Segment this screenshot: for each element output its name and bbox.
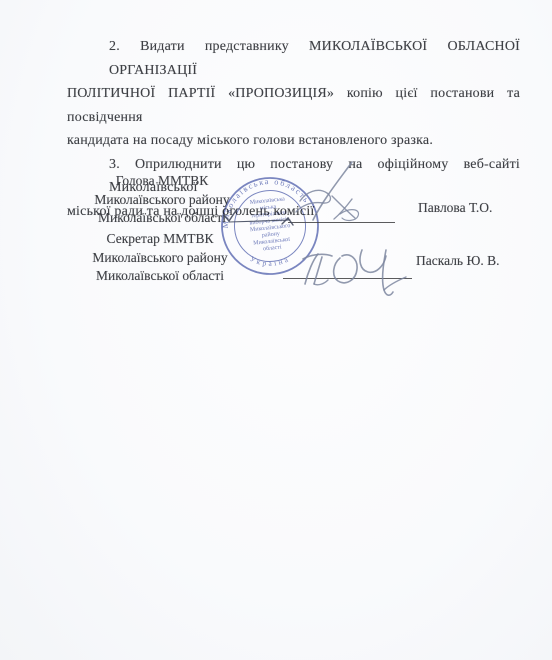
body-line: 2. Видати представнику МИКОЛАЇВСЬКОЇ ОБЛ…: [67, 35, 520, 82]
round-seal-stamp: Миколаївська область Україна Миколаївськ…: [193, 149, 347, 303]
signatory-name-secretary: Паскаль Ю. В.: [416, 253, 499, 269]
document-page: 2. Видати представнику МИКОЛАЇВСЬКОЇ ОБЛ…: [0, 0, 552, 660]
stamp-center-text: Миколаївськаміськатериторіальнавиборча к…: [247, 196, 293, 254]
stamp-arc-bottom-text: Україна: [248, 250, 292, 270]
body-line: ПОЛІТИЧНОЇ ПАРТІЇ «ПРОПОЗИЦІЯ» копію ціє…: [67, 82, 520, 129]
signatory-name-head: Павлова Т.О.: [418, 200, 492, 216]
body-line: кандидата на посаду міського голови вста…: [67, 129, 520, 153]
